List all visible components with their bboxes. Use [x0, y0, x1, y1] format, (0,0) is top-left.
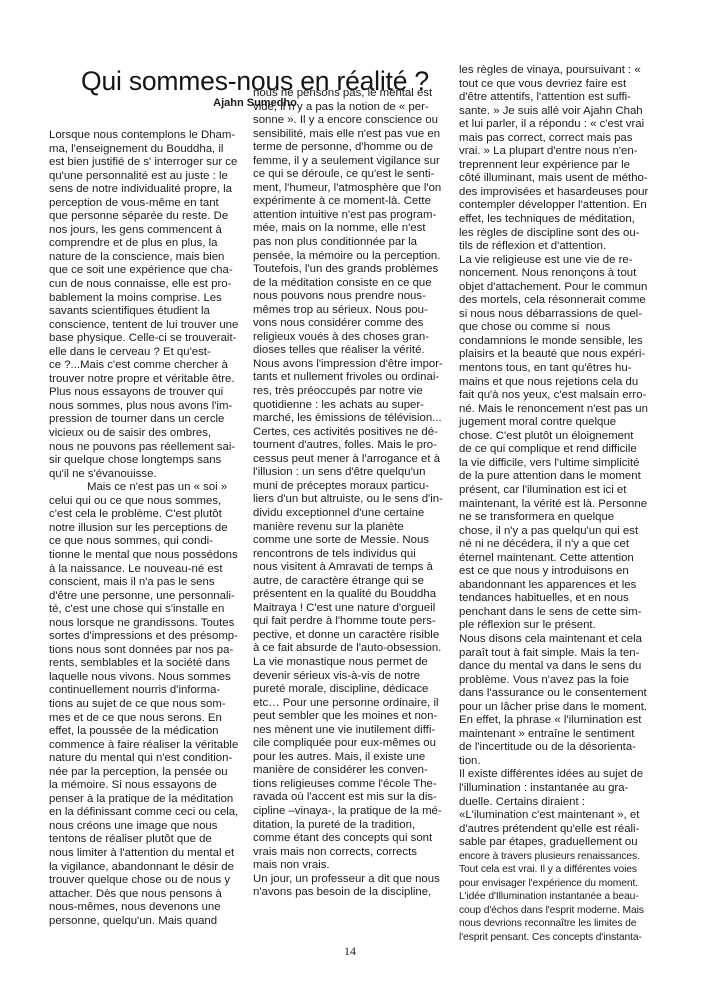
text-line: celui qui ou ce que nous sommes, [49, 495, 249, 509]
text-line: continuellement nourris d'informa- [49, 684, 249, 698]
text-line: paraît tout à fait simple. Mais la ten- [459, 647, 674, 661]
text-line: que ce soit une expérience que cha- [49, 264, 249, 278]
text-line: sensibilité, mais elle n'est pas vue en [253, 128, 453, 142]
text-line: problème. Vous n'avez pas la foie [459, 674, 674, 688]
text-line: mêmes trop au sérieux. Nous pou- [253, 304, 453, 318]
text-line: laquelle nous vivons. Nous sommes [49, 671, 249, 685]
text-line: nous-mêmes, nous devenons une [49, 901, 249, 915]
text-line: rents, semblables et la société dans [49, 657, 249, 671]
text-line: pensée, la mémoire ou la perception. [253, 250, 453, 264]
text-line: éternel maintenant. Cette attention [459, 552, 674, 566]
text-line: d'autres prétendent qu'elle est réali- [459, 823, 674, 837]
text-line: nous sommes, plus nous avons l'im- [49, 400, 249, 414]
text-line: tendances habituelles, et en nous [459, 592, 674, 606]
text-line: marché, les émissions de télévision... [253, 412, 453, 426]
text-line: pour les autres. Mais, il existe une [253, 751, 453, 765]
text-line: si nous nous débarrassions de quel- [459, 308, 674, 322]
text-line: sable par étapes, graduellement ou [459, 836, 674, 850]
text-line: mentons tous, en tant qu'êtres hu- [459, 362, 674, 376]
text-line: dioses telles que réaliser la vérité. [253, 344, 453, 358]
text-line: manière de considérer les conven- [253, 764, 453, 778]
text-line: qu'une personnalité est au juste : le [49, 170, 249, 184]
text-line: vicieux ou de saisir des ombres, [49, 427, 249, 441]
text-line: trouver quelque chose ou de nous y [49, 874, 249, 888]
text-line: penser à la pratique de la méditation [49, 793, 249, 807]
text-line: contempler développer l'attention. En [459, 199, 674, 213]
text-line: cile compliquée pour eux-mêmes ou [253, 737, 453, 751]
text-line: l'illumination : instantanée au gra- [459, 782, 674, 796]
text-line: Un jour, un professeur a dit que nous [253, 873, 453, 887]
text-line: chose. C'est plutôt un éloignement [459, 430, 674, 444]
text-line: l'esprit pensant. Ces concepts d'instant… [459, 931, 674, 945]
text-line: plaisirs et la beauté que nous expéri- [459, 348, 674, 362]
text-line: condamnions le monde sensible, les [459, 335, 674, 349]
text-line: conscient, mais il n'a pas le sens [49, 576, 249, 590]
text-line: Tout cela est vrai. Il y a différentes v… [459, 863, 674, 877]
text-line: «L'ilumination c'est maintenant », et [459, 809, 674, 823]
text-line: ditation, la pureté de la tradition, [253, 819, 453, 833]
text-line: à la naissance. Le nouveau-né est [49, 563, 249, 577]
text-line: cessus peut mener à l'arrogance et à [253, 453, 453, 467]
text-line: en la définissant comme ceci ou cela, [49, 806, 249, 820]
text-line: Il existe différentes idées au sujet de [459, 768, 674, 782]
text-line: d'être une personne, une personnali- [49, 590, 249, 604]
text-line: sortes d'impressions et des présomp- [49, 630, 249, 644]
text-line: les règles de vinaya, poursuivant : « [459, 64, 674, 78]
text-line: mains et que nous rejetions cela du [459, 376, 674, 390]
text-line: nous ne pouvons pas réellement sai- [49, 441, 249, 455]
text-line: l'illusion : un sens d'être quelqu'un [253, 466, 453, 480]
text-line: sante. » Je suis allé voir Ajahn Chah [459, 105, 674, 119]
text-line: En effet, la phrase « l'ilumination est [459, 714, 674, 728]
text-line: vrais mais non corrects, corrects [253, 846, 453, 860]
text-line: penchant dans le sens de cette sim- [459, 606, 674, 620]
text-line: notre illusion sur les perceptions de [49, 522, 249, 536]
text-line: tions au sujet de ce que nous som- [49, 698, 249, 712]
text-line: des improvisées et hasardeuses pour [459, 186, 674, 200]
text-line: perception de vous-même en tant [49, 197, 249, 211]
text-line: pective, et donne un caractère risible [253, 629, 453, 643]
text-line: vons nous considérer comme des [253, 317, 453, 331]
text-line: ma, l'enseignement du Bouddha, il [49, 143, 249, 157]
text-line: sir quelque chose longtemps sans [49, 454, 249, 468]
text-line: attacher. Dès que nous pensons à [49, 888, 249, 902]
text-line: muni de préceptes moraux particu- [253, 480, 453, 494]
text-line: autre, de caractère étrange qui se [253, 575, 453, 589]
text-line: tions religieuses comme l'école The- [253, 778, 453, 792]
text-line: nous devrions reconnaître les limites de [459, 917, 674, 931]
text-line: terme de personne, d'homme ou de [253, 141, 453, 155]
text-line: noncement. Nous renonçons à tout [459, 267, 674, 281]
text-line: n'avons pas besoin de la discipline, [253, 886, 453, 900]
text-line: dance du mental va dans le sens du [459, 660, 674, 674]
text-column-2: nous ne pensons pas, le mental estvide, … [253, 87, 453, 900]
text-line: jugement moral contre quelque [459, 416, 674, 430]
text-line: tournent d'autres, folles. Mais le pro- [253, 439, 453, 453]
text-line: nature de la conscience, mais bien [49, 251, 249, 265]
text-line: nous lorsque ne grandissons. Toutes [49, 617, 249, 631]
text-line: cipline –vinaya-, la pratique de la mé- [253, 805, 453, 819]
text-line: et lui parler, il a répondu : « c'est vr… [459, 118, 674, 132]
text-line: quotidienne : les achats au super- [253, 399, 453, 413]
text-line: Toutefois, l'un des grands problèmes [253, 263, 453, 277]
text-line: attention intuitive n'est pas program- [253, 209, 453, 223]
text-line: à ce fait absurde de l'auto-obsession. [253, 642, 453, 656]
text-line: coup d'échos dans l'esprit moderne. Mais [459, 904, 674, 918]
text-line: chose, il n'y a pas quelqu'un qui est [459, 525, 674, 539]
text-line: mais non vrais. [253, 859, 453, 873]
text-line: manière revenu sur la planète [253, 521, 453, 535]
text-line: pour envisager l'expérience du moment. [459, 877, 674, 891]
text-line: expérimente à ce moment-là. Cette [253, 195, 453, 209]
text-line: nous créons une image que nous [49, 820, 249, 834]
text-line: maintenant, la vérité est là. Personne [459, 498, 674, 512]
text-line: que personne séparée du reste. De [49, 210, 249, 224]
text-line: La vie monastique nous permet de [253, 656, 453, 670]
text-line: nature du mental qui n'est condition- [49, 752, 249, 766]
text-line: sonne ». Il y a encore conscience ou [253, 114, 453, 128]
text-line: duelle. Certains diraient : [459, 796, 674, 810]
text-line: peut sembler que les moines et non- [253, 710, 453, 724]
text-line: tions nous sont données par nos pa- [49, 644, 249, 658]
text-line: rencontrons de tels individus qui [253, 548, 453, 562]
text-line: nous pouvons nous prendre nous- [253, 290, 453, 304]
text-line: comprendre et de plus en plus, la [49, 237, 249, 251]
text-line: etc… Pour une personne ordinaire, il [253, 697, 453, 711]
text-line: la vigilance, abandonnant le désir de [49, 861, 249, 875]
text-line: Lorsque nous contemplons le Dham- [49, 129, 249, 143]
text-line: Certes, ces activités positives ne dé- [253, 426, 453, 440]
text-line: comme étant des concepts qui sont [253, 832, 453, 846]
text-line: effet, la poussée de la médication [49, 725, 249, 739]
text-line: née par la perception, la pensée ou [49, 766, 249, 780]
text-line: ce que nous sommes, qui condi- [49, 535, 249, 549]
text-line: de la méditation consiste en ce que [253, 277, 453, 291]
text-line: nous ne pensons pas, le mental est [253, 87, 453, 101]
text-line: personne, quelqu'un. Mais quand [49, 915, 249, 929]
text-line: présent, car l'ilumination est ici et [459, 484, 674, 498]
text-line: ne se transformera en quelque [459, 511, 674, 525]
text-line: trouver notre propre et véritable être. [49, 373, 249, 387]
text-line: ple réflexion sur le présent. [459, 619, 674, 633]
text-line: elle dans le cerveau ? Et qu'est- [49, 346, 249, 360]
text-line: comme une sorte de Messie. Nous [253, 534, 453, 548]
text-line: tants et nullement frivoles ou ordinai- [253, 371, 453, 385]
text-line: Plus nous essayons de trouver qui [49, 386, 249, 400]
text-line: la mémoire. Si nous essayons de [49, 779, 249, 793]
text-line: treprennent leur expérience par le [459, 159, 674, 173]
text-line: sens de notre individualité propre, la [49, 183, 249, 197]
text-line: objet d'attachement. Pour le commun [459, 281, 674, 295]
text-line: né. Mais le renoncement n'est pas un [459, 403, 674, 417]
text-line: nes mènent une vie inutilement diffi- [253, 724, 453, 738]
page-number: 14 [320, 944, 380, 959]
text-line: né ni ne décédera, il n'y a que cet [459, 538, 674, 552]
text-line: devenir sérieux vis-à-vis de notre [253, 670, 453, 684]
text-line: est bien justifié de s' interroger sur c… [49, 156, 249, 170]
text-line: c'est cela le problème. C'est plutôt [49, 508, 249, 522]
text-line: tentons de réaliser plutôt que de [49, 833, 249, 847]
text-line: pureté morale, discipline, dédicace [253, 683, 453, 697]
text-line: Mais ce n'est pas un « soi » [49, 481, 249, 495]
text-line: L'idée d'Illumination instantanée a beau… [459, 890, 674, 904]
text-line: ce ?...Mais c'est comme chercher à [49, 359, 249, 373]
text-line: abandonnant les apparences et les [459, 579, 674, 593]
text-line: nous visitent à Amravati de temps à [253, 561, 453, 575]
text-line: mée, mais on la nomme, elle n'est [253, 222, 453, 236]
text-line: religieux voués à des choses gran- [253, 331, 453, 345]
text-line: liers d'un but altruiste, ou le sens d'i… [253, 493, 453, 507]
text-line: savants scientifiques étudient la [49, 305, 249, 319]
text-line: maintenant » entraîne le sentiment [459, 728, 674, 742]
text-column-1: Lorsque nous contemplons le Dham-ma, l'e… [49, 129, 249, 928]
text-column-3: les règles de vinaya, poursuivant : «tou… [459, 64, 674, 945]
text-line: pas non plus conditionnée par la [253, 236, 453, 250]
text-line: Nous avons l'impression d'être impor- [253, 358, 453, 372]
text-line: dividu exceptionnel d'une certaine [253, 507, 453, 521]
text-line: nos jours, les gens commencent à [49, 224, 249, 238]
text-line: présentent en la qualité du Bouddha [253, 588, 453, 602]
text-line: ce qui se déroule, ce qu'est le senti- [253, 168, 453, 182]
text-line: que chose ou comme si nous [459, 321, 674, 335]
text-line: pour un lâcher prise dans le moment. [459, 701, 674, 715]
text-line: vrai. » La plupart d'entre nous n'en- [459, 145, 674, 159]
text-line: effet, les techniques de méditation, [459, 213, 674, 227]
text-line: qu'il ne s'évanouisse. [49, 468, 249, 482]
text-line: base physique. Celle-ci se trouverait- [49, 332, 249, 346]
text-line: dans l'assurance ou le consentement [459, 687, 674, 701]
text-line: vide, il n'y a pas la notion de « per- [253, 101, 453, 115]
text-line: ment, l'humeur, l'atmosphère que l'on [253, 182, 453, 196]
text-line: de la pure attention dans le moment [459, 470, 674, 484]
text-line: Nous disons cela maintenant et cela [459, 633, 674, 647]
text-line: qui fait perdre à l'homme toute pers- [253, 615, 453, 629]
text-line: tils de réflexion et d'attention. [459, 240, 674, 254]
text-line: té, c'est une chose qui s'installe en [49, 603, 249, 617]
text-line: mais pas correct, correct mais pas [459, 132, 674, 146]
text-line: est ce que nous y introduisons en [459, 565, 674, 579]
text-line: fait qu'à nos yeux, c'est malsain erro- [459, 389, 674, 403]
text-line: res, très préoccupés par notre vie [253, 385, 453, 399]
text-line: de l'incertitude ou de la désorienta- [459, 741, 674, 755]
text-line: des mortels, cela résonnerait comme [459, 294, 674, 308]
text-line: tionne le mental que nous possédons [49, 549, 249, 563]
text-line: Maitraya ! C'est une nature d'orgueil [253, 602, 453, 616]
text-line: les règles de discipline sont des ou- [459, 227, 674, 241]
text-line: femme, il y a seulement vigilance sur [253, 155, 453, 169]
text-line: côté illuminant, mais usent de métho- [459, 172, 674, 186]
text-line: d'être attentifs, l'attention est suffi- [459, 91, 674, 105]
text-line: conscience, tentent de lui trouver une [49, 319, 249, 333]
text-line: commence à faire réaliser la véritable [49, 739, 249, 753]
text-line: pression de tourner dans un cercle [49, 413, 249, 427]
text-line: de ce qui complique et rend difficile [459, 443, 674, 457]
text-line: la vie difficile, vers l'ultime simplici… [459, 457, 674, 471]
text-line: bablement la moins comprise. Les [49, 292, 249, 306]
text-line: mes et de ce que nous serons. En [49, 712, 249, 726]
text-line: tout ce que vous devriez faire est [459, 78, 674, 92]
text-line: ravada où l'accent est mis sur la dis- [253, 791, 453, 805]
text-line: tion. [459, 755, 674, 769]
text-line: La vie religieuse est une vie de re- [459, 254, 674, 268]
text-line: nous limiter à l'attention du mental et [49, 847, 249, 861]
text-line: cun de nous connaisse, elle est pro- [49, 278, 249, 292]
text-line: encore à travers plusieurs renaissances. [459, 850, 674, 864]
